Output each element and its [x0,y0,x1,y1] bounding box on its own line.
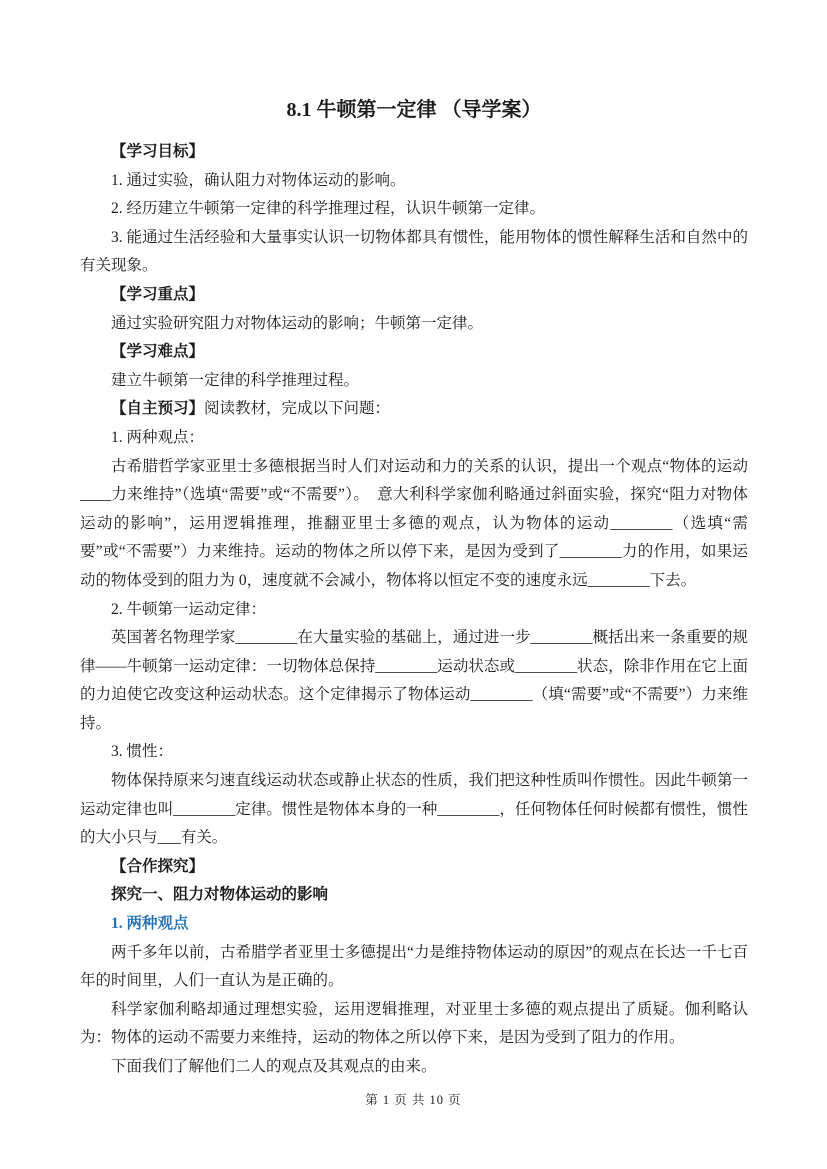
exploration-paragraph-1: 两千多年以前，古希腊学者亚里士多德提出“力是维持物体运动的原因”的观点在长达一千… [80,939,748,996]
section-heading-exploration: 【合作探究】 [80,853,748,882]
preview-heading-label: 【自主预习】 [111,400,204,417]
document-page: 8.1 牛顿第一定律 （导学案） 【学习目标】 1. 通过实验，确认阻力对物体运… [0,0,827,1169]
learning-goal-item-3: 3. 能通过生活经验和大量事实认识一切物体都具有惯性，能用物体的惯性解释生活和自… [80,224,748,281]
learning-goal-item-1: 1. 通过实验，确认阻力对物体运动的影响。 [80,167,748,196]
preview-question-2-text: 英国著名物理学家________在大量实验的基础上，通过进一步________概… [80,624,748,738]
section-heading-difficulties: 【学习难点】 [80,338,748,367]
difficulties-text: 建立牛顿第一定律的科学推理过程。 [80,367,748,396]
key-points-text: 通过实验研究阻力对物体运动的影响；牛顿第一定律。 [80,310,748,339]
preview-question-2-label: 2. 牛顿第一运动定律： [80,596,748,625]
exploration-subheading-two-viewpoints: 1. 两种观点 [80,910,748,939]
section-heading-learning-goals: 【学习目标】 [80,138,748,167]
exploration-paragraph-3: 下面我们了解他们二人的观点及其观点的由来。 [80,1053,748,1082]
document-title: 8.1 牛顿第一定律 （导学案） [80,94,748,126]
page-footer: 第 1 页 共 10 页 [0,1090,827,1110]
section-heading-key-points: 【学习重点】 [80,281,748,310]
preview-question-1-label: 1. 两种观点： [80,424,748,453]
page-number-text: 第 1 页 共 10 页 [365,1093,461,1107]
preview-question-1-text: 古希腊哲学家亚里士多德根据当时人们对运动和力的关系的认识，提出一个观点“物体的运… [80,453,748,596]
exploration-paragraph-2: 科学家伽利略却通过理想实验，运用逻辑推理，对亚里士多德的观点提出了质疑。伽利略认… [80,996,748,1053]
preview-question-3-text: 物体保持原来匀速直线运动状态或静止状态的性质，我们把这种性质叫作惯性。因此牛顿第… [80,767,748,853]
exploration-topic-1-heading: 探究一、阻力对物体运动的影响 [80,881,748,910]
document-content: 8.1 牛顿第一定律 （导学案） 【学习目标】 1. 通过实验，确认阻力对物体运… [80,94,748,1082]
learning-goal-item-2: 2. 经历建立牛顿第一定律的科学推理过程，认识牛顿第一定律。 [80,195,748,224]
preview-question-3-label: 3. 惯性： [80,738,748,767]
preview-instruction: 阅读教材，完成以下问题： [204,400,390,417]
section-heading-preview: 【自主预习】阅读教材，完成以下问题： [80,395,748,424]
